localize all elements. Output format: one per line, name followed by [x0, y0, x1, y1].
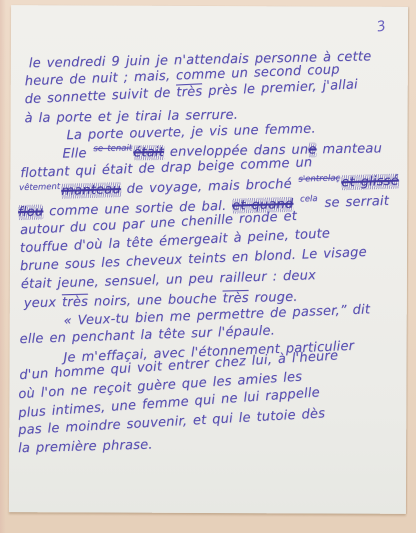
- text-segment: très: [223, 291, 249, 307]
- text-segment: la première phrase.: [18, 438, 153, 457]
- struck-inserted-text: s'entrelaç: [298, 174, 340, 185]
- inserted-text: vêtement: [19, 182, 60, 193]
- text-segment: de voyage, mais broché: [121, 177, 298, 197]
- page-number: 3: [376, 18, 388, 35]
- photo-backdrop: 3 le vendredi 9 juin je n'attendais pers…: [0, 0, 416, 533]
- struck-inserted-text: se tenait: [93, 143, 132, 154]
- text-segment: très: [62, 294, 88, 310]
- inserted-text: cela: [300, 194, 318, 205]
- text-segment: noirs, une bouche: [88, 291, 223, 309]
- text-segment: très: [176, 85, 203, 101]
- manuscript-page: 3 le vendredi 9 juin je n'attendais pers…: [9, 5, 408, 514]
- manuscript-text: le vendredi 9 juin je n'attendais person…: [21, 55, 405, 460]
- scribbled-text: manteau: [61, 182, 121, 199]
- scribbled-text: était: [133, 145, 164, 161]
- text-segment: rouge.: [249, 289, 298, 305]
- text-segment: Elle: [62, 146, 92, 161]
- scribbled-text: et glissé: [341, 174, 399, 191]
- scribbled-text: flou: [18, 204, 44, 220]
- text-segment: yeux: [24, 295, 63, 311]
